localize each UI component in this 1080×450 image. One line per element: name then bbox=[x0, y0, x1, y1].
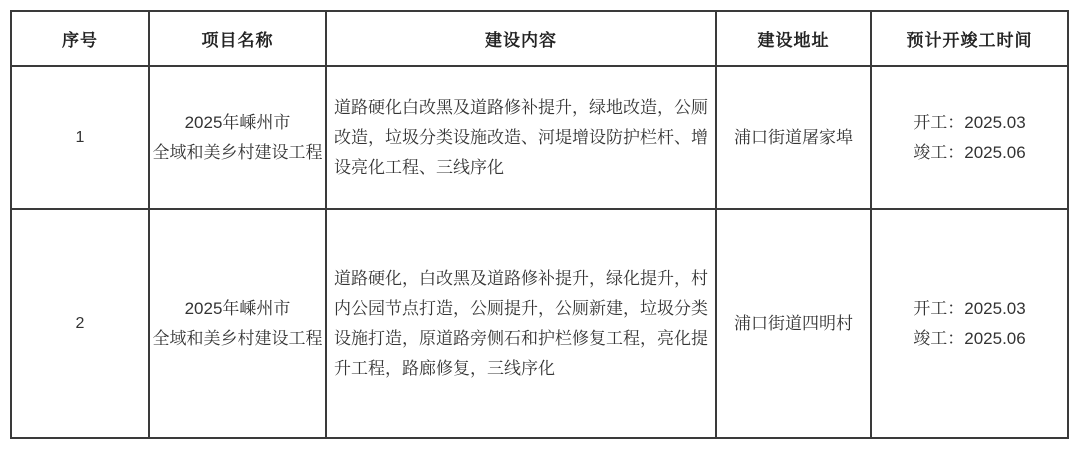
schedule-finish: 竣工：2025.06 bbox=[873, 324, 1066, 354]
header-cell-construction-content: 建设内容 bbox=[326, 11, 716, 66]
cell-construction-content: 道路硬化白改黑及道路修补提升，绿地改造，公厕改造，垃圾分类设施改造、河堤增设防护… bbox=[326, 66, 716, 209]
cell-project-name: 2025年嵊州市 全域和美乡村建设工程 bbox=[149, 209, 326, 438]
cell-project-name: 2025年嵊州市 全域和美乡村建设工程 bbox=[149, 66, 326, 209]
table-row: 1 2025年嵊州市 全域和美乡村建设工程 道路硬化白改黑及道路修补提升，绿地改… bbox=[11, 66, 1068, 209]
project-name-line: 全域和美乡村建设工程 bbox=[151, 324, 324, 354]
cell-index: 1 bbox=[11, 66, 149, 209]
header-row: 序号 项目名称 建设内容 建设地址 预计开竣工时间 bbox=[11, 11, 1068, 66]
project-name-line: 2025年嵊州市 bbox=[151, 294, 324, 324]
table-row: 2 2025年嵊州市 全域和美乡村建设工程 道路硬化，白改黑及道路修补提升，绿化… bbox=[11, 209, 1068, 438]
header-cell-index: 序号 bbox=[11, 11, 149, 66]
schedule-finish: 竣工：2025.06 bbox=[873, 138, 1066, 168]
cell-index: 2 bbox=[11, 209, 149, 438]
project-name-line: 全域和美乡村建设工程 bbox=[151, 138, 324, 168]
project-name-line: 2025年嵊州市 bbox=[151, 108, 324, 138]
cell-schedule: 开工：2025.03 竣工：2025.06 bbox=[871, 66, 1068, 209]
header-cell-project-name: 项目名称 bbox=[149, 11, 326, 66]
project-table: 序号 项目名称 建设内容 建设地址 预计开竣工时间 1 2025年嵊州市 全域和… bbox=[10, 10, 1069, 439]
cell-construction-content: 道路硬化，白改黑及道路修补提升，绿化提升，村内公园节点打造，公厕提升，公厕新建，… bbox=[326, 209, 716, 438]
page: 序号 项目名称 建设内容 建设地址 预计开竣工时间 1 2025年嵊州市 全域和… bbox=[0, 0, 1080, 450]
header-cell-schedule: 预计开竣工时间 bbox=[871, 11, 1068, 66]
cell-address: 浦口街道屠家埠 bbox=[716, 66, 871, 209]
cell-address: 浦口街道四明村 bbox=[716, 209, 871, 438]
schedule-start: 开工：2025.03 bbox=[873, 294, 1066, 324]
cell-schedule: 开工：2025.03 竣工：2025.06 bbox=[871, 209, 1068, 438]
schedule-start: 开工：2025.03 bbox=[873, 108, 1066, 138]
header-cell-address: 建设地址 bbox=[716, 11, 871, 66]
